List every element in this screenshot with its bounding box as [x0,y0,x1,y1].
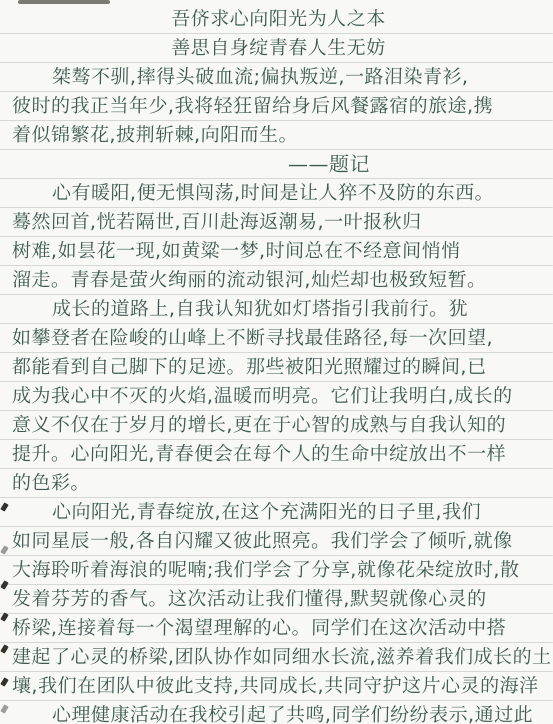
essay-title-line: 善思自身绽青春人生无妨 [0,34,553,63]
handwritten-line: 壤,我们在团队中彼此支持,共同成长,共同守护这片心灵的海洋 [0,672,553,701]
handwritten-line: 成长的道路上,自我认知犹如灯塔指引我前行。犹 [0,295,553,324]
handwritten-line: 溜走。青春是萤火绚丽的流动银河,灿烂却也极致短暂。 [0,266,553,295]
handwritten-line: 如攀登者在险峻的山峰上不断寻找最佳路径,每一次回望, [0,324,553,353]
handwritten-line: 树难,如昙花一现,如黄粱一梦,时间总在不经意间悄悄 [0,237,553,266]
essay-title-line: 吾侪求心向阳光为人之本 [0,5,553,34]
essay-body: 吾侪求心向阳光为人之本 善思自身绽青春人生无妨 桀骜不驯,摔得头破血流;偏执叛逆… [0,5,553,724]
handwritten-line: 心理健康活动在我校引起了共鸣,同学们纷纷表示,通过此 [0,701,553,724]
handwritten-line: 的色彩。 [0,469,553,498]
handwritten-line: 心向阳光,青春绽放,在这个充满阳光的日子里,我们 [0,498,553,527]
handwritten-line: 都能看到自己脚下的足迹。那些被阳光照耀过的瞬间,已 [0,353,553,382]
handwritten-line: 大海聆听着海浪的呢喃;我们学会了分享,就像花朵绽放时,散 [0,556,553,585]
handwritten-line: 如同星辰一般,各自闪耀又彼此照亮。我们学会了倾听,就像 [0,527,553,556]
handwritten-line: 着似锦繁花,披荆斩棘,向阳而生。 [0,121,553,150]
handwritten-line: 蓦然回首,恍若隔世,百川赴海返潮易,一叶报秋归 [0,208,553,237]
epigraph-line: ——题记 [0,150,553,179]
handwritten-line: 建起了心灵的桥梁,团队协作如同细水长流,滋养着我们成长的土 [0,643,553,672]
handwritten-line: 心有暖阳,便无惧闯荡,时间是让人猝不及防的东西。 [0,179,553,208]
handwritten-line: 意义不仅在于岁月的增长,更在于心智的成熟与自我认知的 [0,411,553,440]
scan-edge-artifact [18,0,110,4]
handwritten-line: 桥梁,连接着每一个渴望理解的心。同学们在这次活动中搭 [0,614,553,643]
handwritten-line: 彼时的我正当年少,我将轻狂留给身后风餐露宿的旅途,携 [0,92,553,121]
handwritten-line: 提升。心向阳光,青春便会在每个人的生命中绽放出不一样 [0,440,553,469]
handwritten-line: 桀骜不驯,摔得头破血流;偏执叛逆,一路泪染青衫, [0,63,553,92]
handwritten-line: 发着芬芳的香气。这次活动让我们懂得,默契就像心灵的 [0,585,553,614]
handwritten-line: 成为我心中不灭的火焰,温暖而明亮。它们让我明白,成长的 [0,382,553,411]
notebook-page: 吾侪求心向阳光为人之本 善思自身绽青春人生无妨 桀骜不驯,摔得头破血流;偏执叛逆… [0,0,553,724]
